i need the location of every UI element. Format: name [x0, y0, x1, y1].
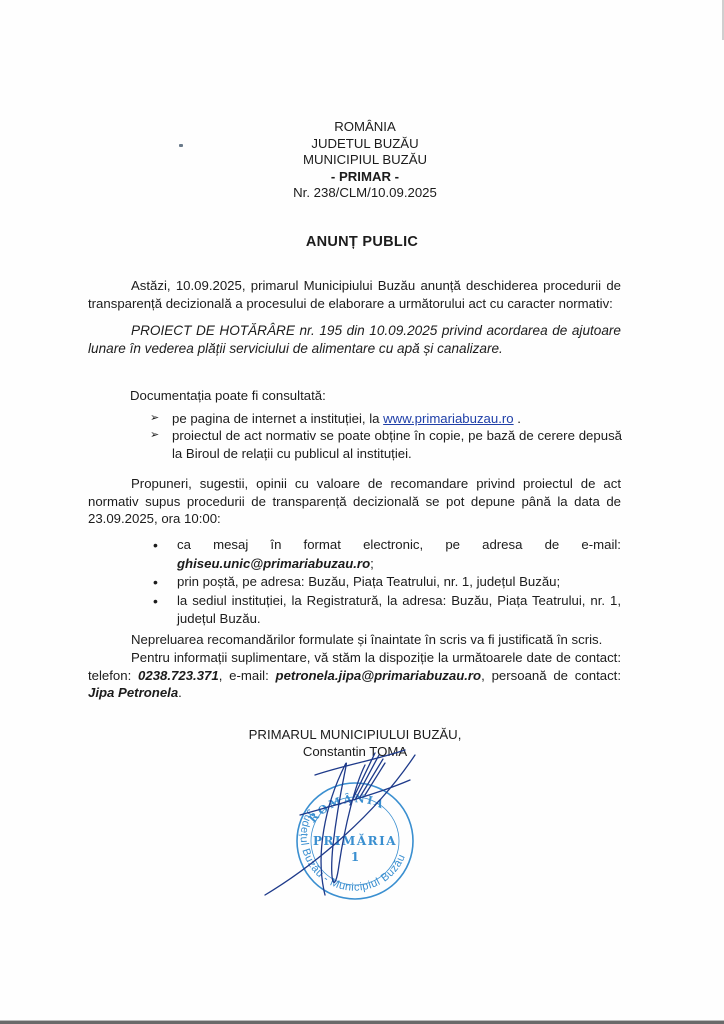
contact-phone: 0238.723.371 — [138, 668, 219, 683]
channel-email: • camesajînformatelectronic,peadresadee-… — [153, 536, 621, 573]
word: mesaj — [213, 536, 248, 555]
dot-bullet-icon: • — [153, 573, 158, 592]
header-country: ROMÂNIA — [250, 119, 480, 136]
official-stamp-icon: ROMÂNIA Județul Buzău - Municipiul Buzău… — [255, 745, 455, 905]
word: electronic, — [363, 536, 423, 555]
svg-text:1: 1 — [351, 850, 359, 864]
header-municipality: MUNICIPIUL BUZĂU — [250, 152, 480, 169]
word: e-mail: — [581, 536, 621, 555]
contact-email-link[interactable]: petronela.jipa@primariabuzau.ro — [276, 668, 482, 683]
scan-speck — [179, 144, 183, 147]
justification-paragraph: Nepreluarea recomandărilor formulate și … — [88, 631, 621, 649]
word: ca — [177, 536, 191, 555]
page-bottom-border — [0, 1020, 724, 1024]
dot-bullet-icon: • — [153, 592, 158, 611]
header-registration: Nr. 238/CLM/10.09.2025 — [250, 185, 480, 202]
word: de — [545, 536, 560, 555]
proposals-paragraph: Propuneri, sugestii, opinii cu valoare d… — [88, 475, 621, 528]
document-title: ANUNȚ PUBLIC — [0, 234, 724, 250]
svg-text:PRIMĂRIA: PRIMĂRIA — [313, 832, 397, 848]
email-channel-text: camesajînformatelectronic,peadresadee-ma… — [177, 536, 621, 555]
documentation-item-copy: ➢ proiectul de act normativ se poate obț… — [150, 427, 622, 462]
header-county: JUDETUL BUZĂU — [250, 136, 480, 153]
word: adresa — [482, 536, 522, 555]
contact-person: Jipa Petronela — [88, 685, 178, 700]
documentation-list: ➢ pe pagina de internet a instituției, l… — [150, 410, 622, 462]
intro-paragraph: Astăzi, 10.09.2025, primarul Municipiulu… — [88, 277, 621, 312]
header-office: - PRIMAR - — [250, 169, 480, 186]
documentation-lead: Documentația poate fi consultată: — [130, 387, 663, 405]
submission-email-link[interactable]: ghiseu.unic@primariabuzau.ro — [177, 556, 370, 571]
word: în — [270, 536, 281, 555]
word: format — [304, 536, 341, 555]
contact-paragraph: Pentru informații suplimentare, vă stăm … — [88, 649, 621, 702]
signatory-title: PRIMARUL MUNICIPIULUI BUZĂU, — [230, 727, 480, 744]
dot-bullet-icon: • — [153, 536, 158, 555]
channel-office: • la sediul instituției, la Registratură… — [153, 592, 621, 629]
document-page: ROMÂNIA JUDETUL BUZĂU MUNICIPIUL BUZĂU -… — [0, 0, 724, 1024]
arrow-bullet-icon: ➢ — [150, 427, 159, 444]
website-link[interactable]: www.primariabuzau.ro — [383, 411, 513, 426]
word: pe — [445, 536, 460, 555]
submission-channels-list: • camesajînformatelectronic,peadresadee-… — [153, 536, 621, 629]
project-paragraph: PROIECT DE HOTĂRÂRE nr. 195 din 10.09.20… — [88, 322, 621, 357]
channel-post: • prin poștă, pe adresa: Buzău, Piața Te… — [153, 573, 621, 592]
documentation-item-website: ➢ pe pagina de internet a instituției, l… — [150, 410, 622, 427]
arrow-bullet-icon: ➢ — [150, 410, 159, 427]
letterhead: ROMÂNIA JUDETUL BUZĂU MUNICIPIUL BUZĂU -… — [250, 119, 480, 202]
